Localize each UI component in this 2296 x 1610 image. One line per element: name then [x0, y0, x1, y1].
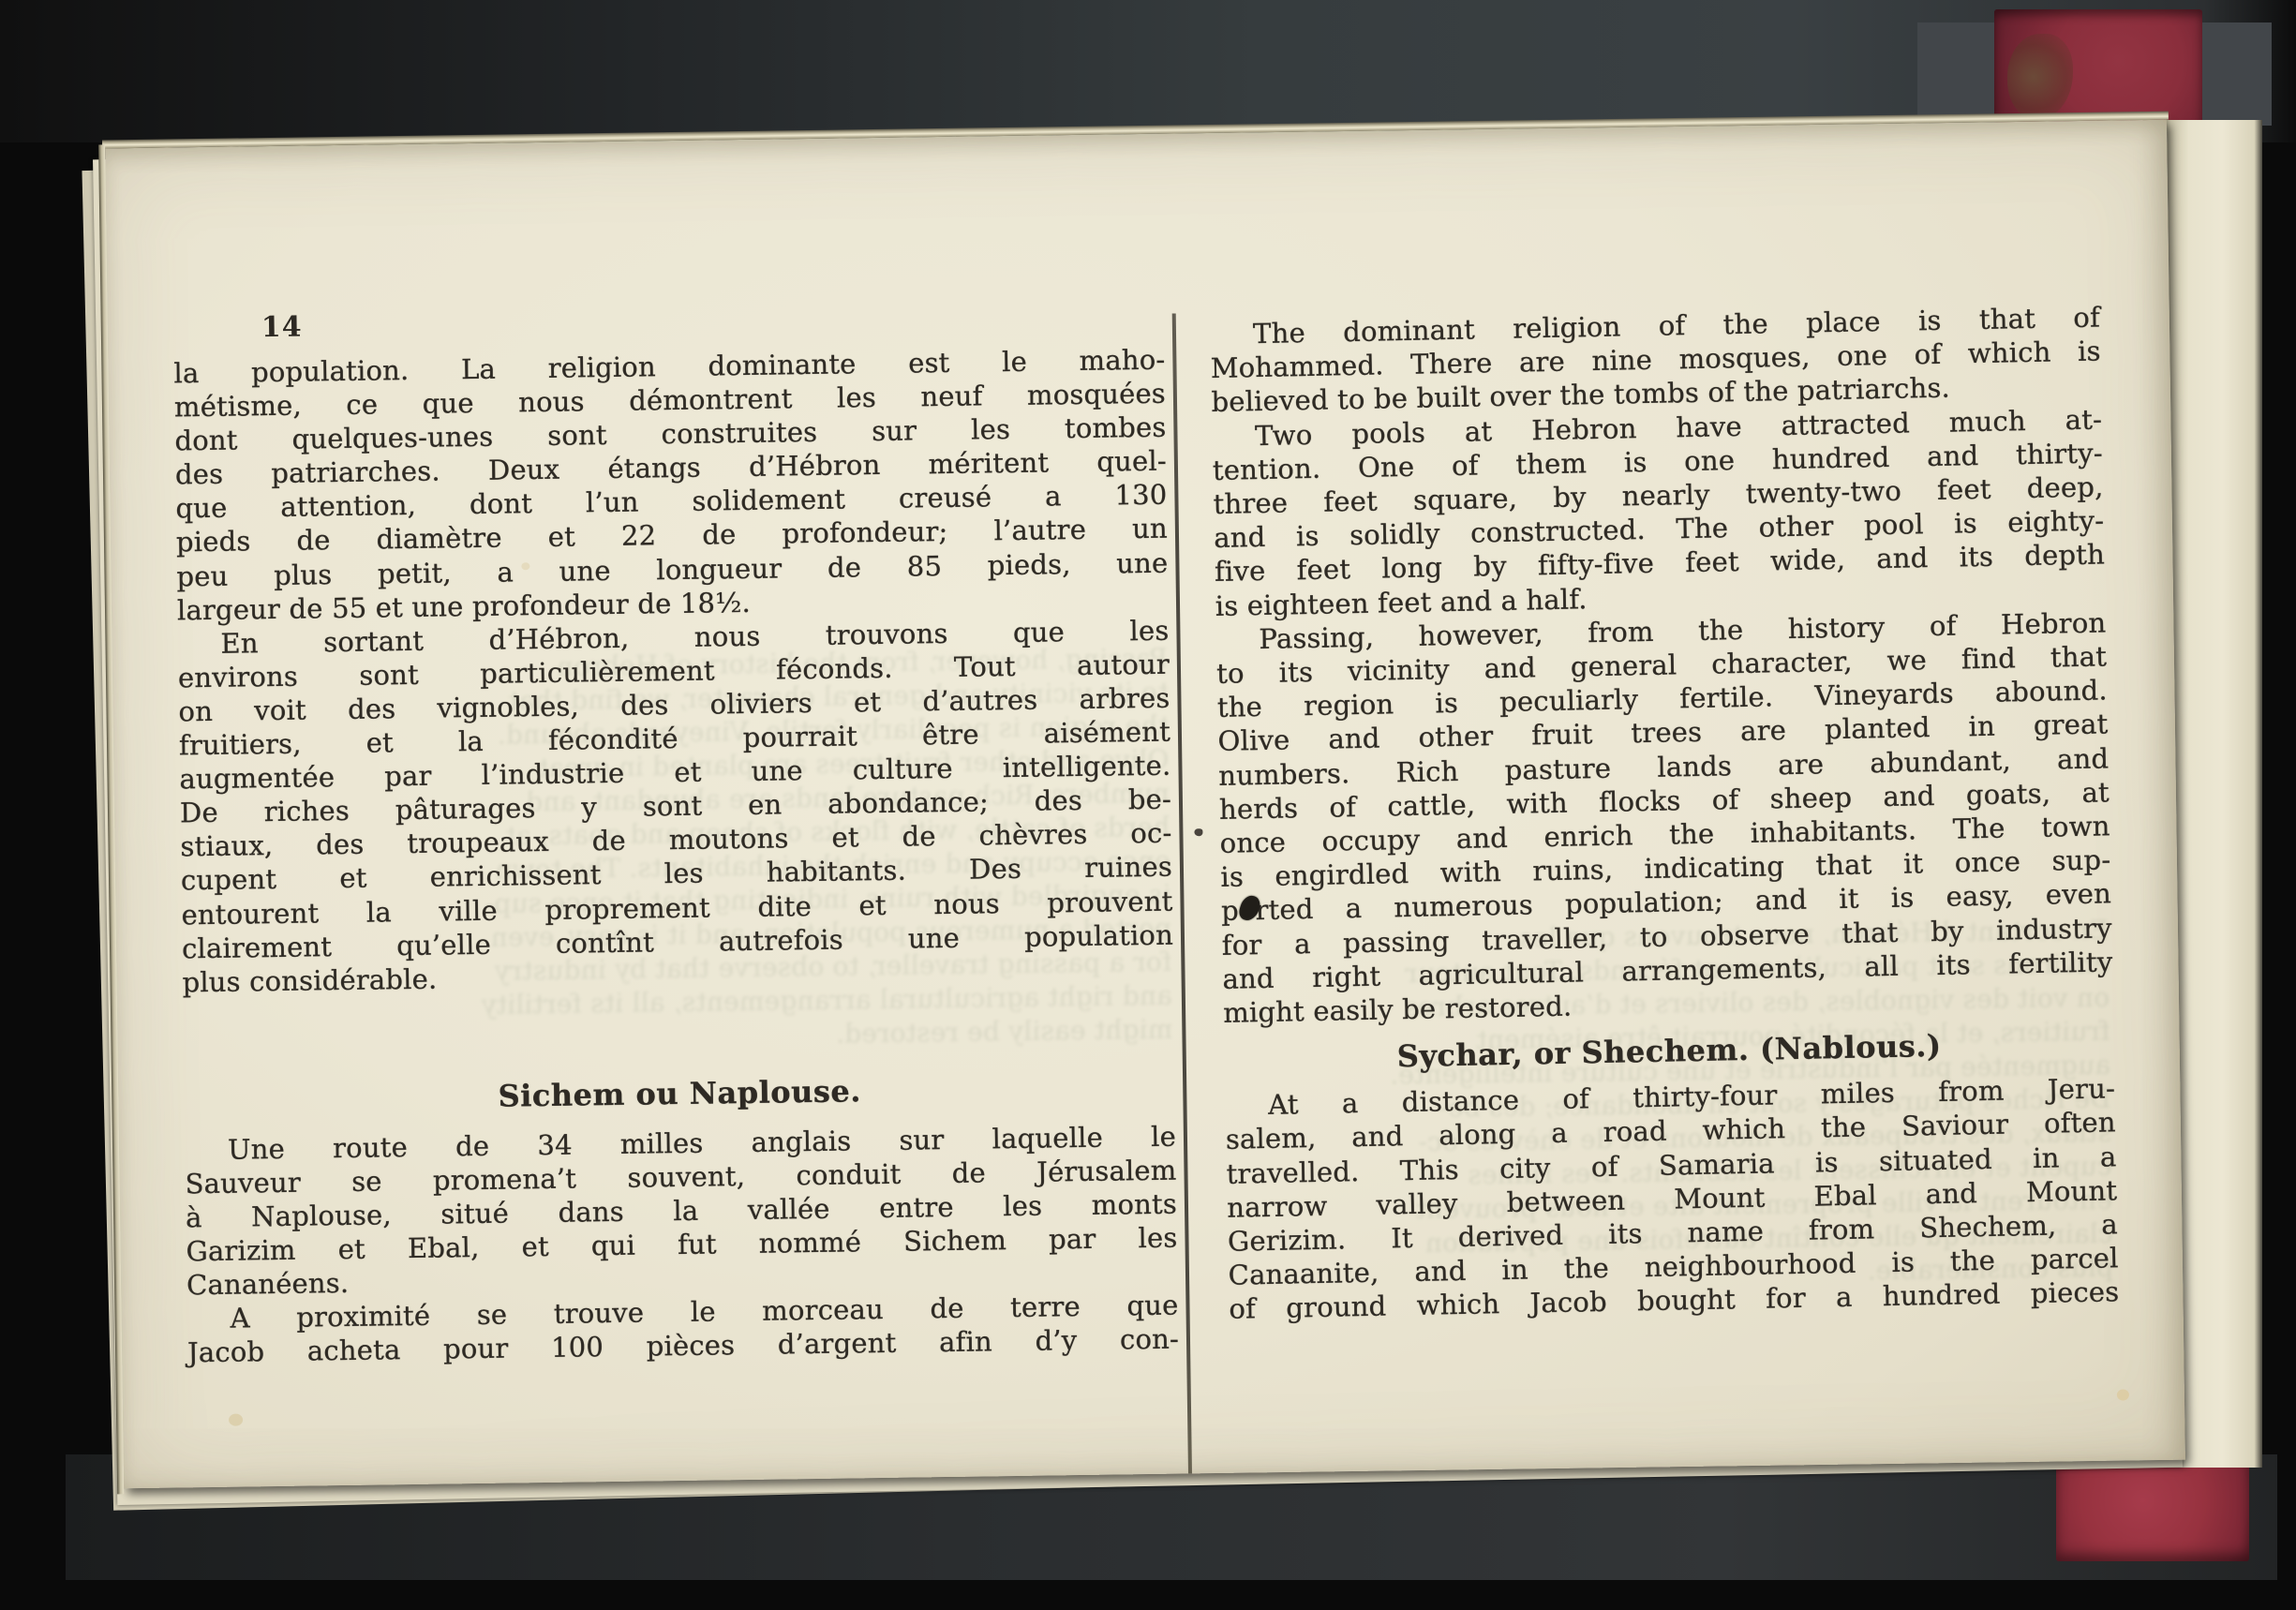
french-column: la population. La religion dominante est…	[173, 343, 1179, 1370]
paragraph: la population. La religion dominante est…	[173, 343, 1169, 627]
ink-speck	[1194, 828, 1202, 836]
paragraph: Passing, however, from the history of He…	[1215, 605, 2113, 1030]
section-heading: Sychar, or Shechem. (Nablous.)	[1224, 1024, 2115, 1080]
english-column: The dominant religion of the place is th…	[1210, 300, 2120, 1326]
paragraph: The dominant religion of the place is th…	[1210, 300, 2102, 419]
paper-stain	[521, 562, 529, 570]
paper-stain	[229, 1414, 243, 1426]
paragraph: Two pools at Hebron have attracted much …	[1212, 402, 2106, 623]
book-scan: 14 Passing, however, from the history of…	[0, 0, 2296, 1610]
red-cloth-binding-bottom	[2056, 1460, 2249, 1561]
page-number: 14	[261, 311, 303, 345]
paper-stain	[2117, 1389, 2129, 1400]
paragraph: En sortant d’Hébron, nous trouvons que l…	[177, 613, 1173, 999]
section-heading: Sichem ou Naplouse.	[184, 1067, 1175, 1119]
paragraph: At a distance of thirty-four miles from …	[1225, 1072, 2120, 1327]
paragraph: Une route de 34 milles anglais sur laque…	[185, 1119, 1178, 1302]
book-page: 14 Passing, however, from the history of…	[105, 120, 2185, 1489]
paragraph: A proximité se trouve le morceau de terr…	[186, 1289, 1179, 1370]
